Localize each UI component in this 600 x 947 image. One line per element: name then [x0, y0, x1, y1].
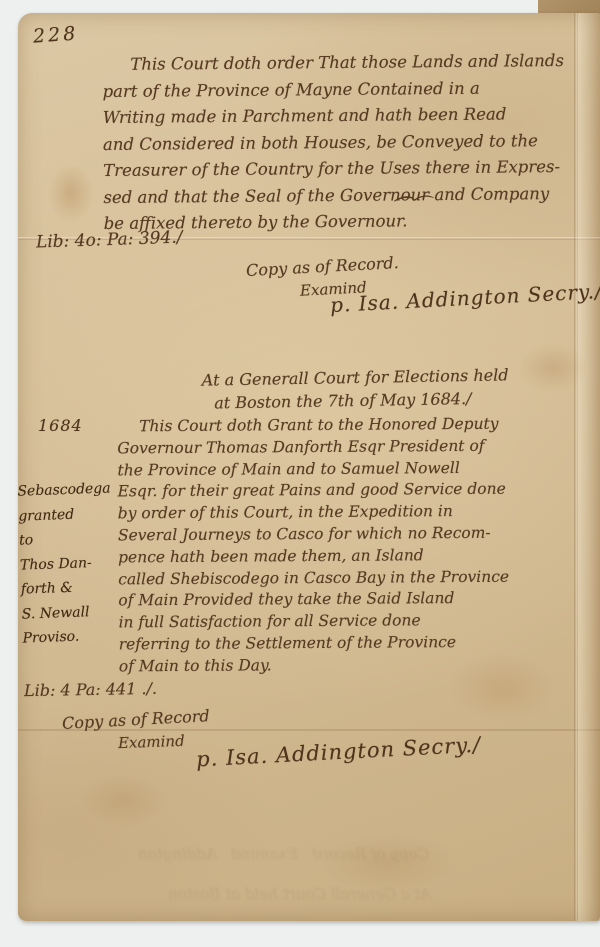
- pen-flourish: ⁀⌒: [390, 189, 434, 225]
- page-number: 228: [32, 22, 79, 47]
- margin-year: 1684: [38, 416, 83, 435]
- margin-note-line: forth &: [20, 574, 114, 602]
- margin-note-line: granted: [18, 501, 112, 529]
- entry2-heading: At a Generall Court for Elections held a…: [202, 363, 509, 414]
- stain: [318, 833, 458, 893]
- margin-note: Sebascodega granted to Thos Dan- forth &…: [17, 476, 116, 651]
- manuscript-line: This Court doth Grant to the Honored Dep…: [117, 414, 508, 439]
- entry1-body: This Court doth order That those Lands a…: [102, 48, 565, 238]
- page-edge: [578, 13, 600, 921]
- entry2-examined-label: Examind: [118, 732, 185, 752]
- stain: [78, 773, 168, 828]
- manuscript-line: Treasurer of the Country for the Uses th…: [103, 154, 565, 185]
- manuscript-line: pence hath been made them, an Island: [118, 544, 509, 569]
- entry2-body: This Court doth Grant to the Honored Dep…: [117, 414, 510, 678]
- manuscript-line: Governour Thomas Danforth Esqr President…: [117, 435, 508, 460]
- margin-note-line: Sebascodega: [17, 476, 111, 504]
- ink-bleedthrough: Copy of Record Examind Addington: [138, 845, 429, 863]
- ink-bleedthrough: At a Generall Court held at Boston: [168, 885, 431, 903]
- manuscript-line: sed and that the Seal of the Governour a…: [103, 180, 565, 211]
- margin-note-line: to: [19, 525, 113, 553]
- manuscript-scan: Copy of Record Examind Addington At a Ge…: [0, 0, 600, 947]
- manuscript-line: of Main Provided they take the Said Isla…: [118, 588, 509, 613]
- manuscript-line: in full Satisfaction for all Service don…: [118, 610, 509, 635]
- manuscript-line: Writing made in Parchment and hath been …: [103, 101, 565, 132]
- manuscript-line: Several Journeys to Casco for which no R…: [118, 523, 509, 548]
- manuscript-line: Esqr. for their great Pains and good Ser…: [118, 479, 509, 504]
- stain: [48, 163, 94, 223]
- margin-note-line: Thos Dan-: [20, 550, 114, 578]
- manuscript-line: referring to the Settlement of the Provi…: [119, 632, 510, 657]
- manuscript-line: This Court doth order That those Lands a…: [102, 48, 564, 79]
- manuscript-line: of Main to this Day.: [119, 653, 510, 678]
- margin-note-line: S. Newall: [21, 599, 115, 627]
- manuscript-line: part of the Province of Mayne Contained …: [102, 74, 564, 105]
- manuscript-line: by order of this Court, in the Expeditio…: [118, 501, 509, 526]
- manuscript-line: called Shebiscodego in Casco Bay in the …: [118, 566, 509, 591]
- margin-note-line: Proviso.: [22, 623, 116, 651]
- manuscript-line: and Considered in both Houses, be Convey…: [103, 127, 565, 158]
- manuscript-line: the Province of Main and to Samuel Nowel…: [117, 457, 508, 482]
- vertical-fold: [574, 13, 577, 921]
- entry2-citation: Lib: 4 Pa: 441 ./.: [24, 679, 157, 700]
